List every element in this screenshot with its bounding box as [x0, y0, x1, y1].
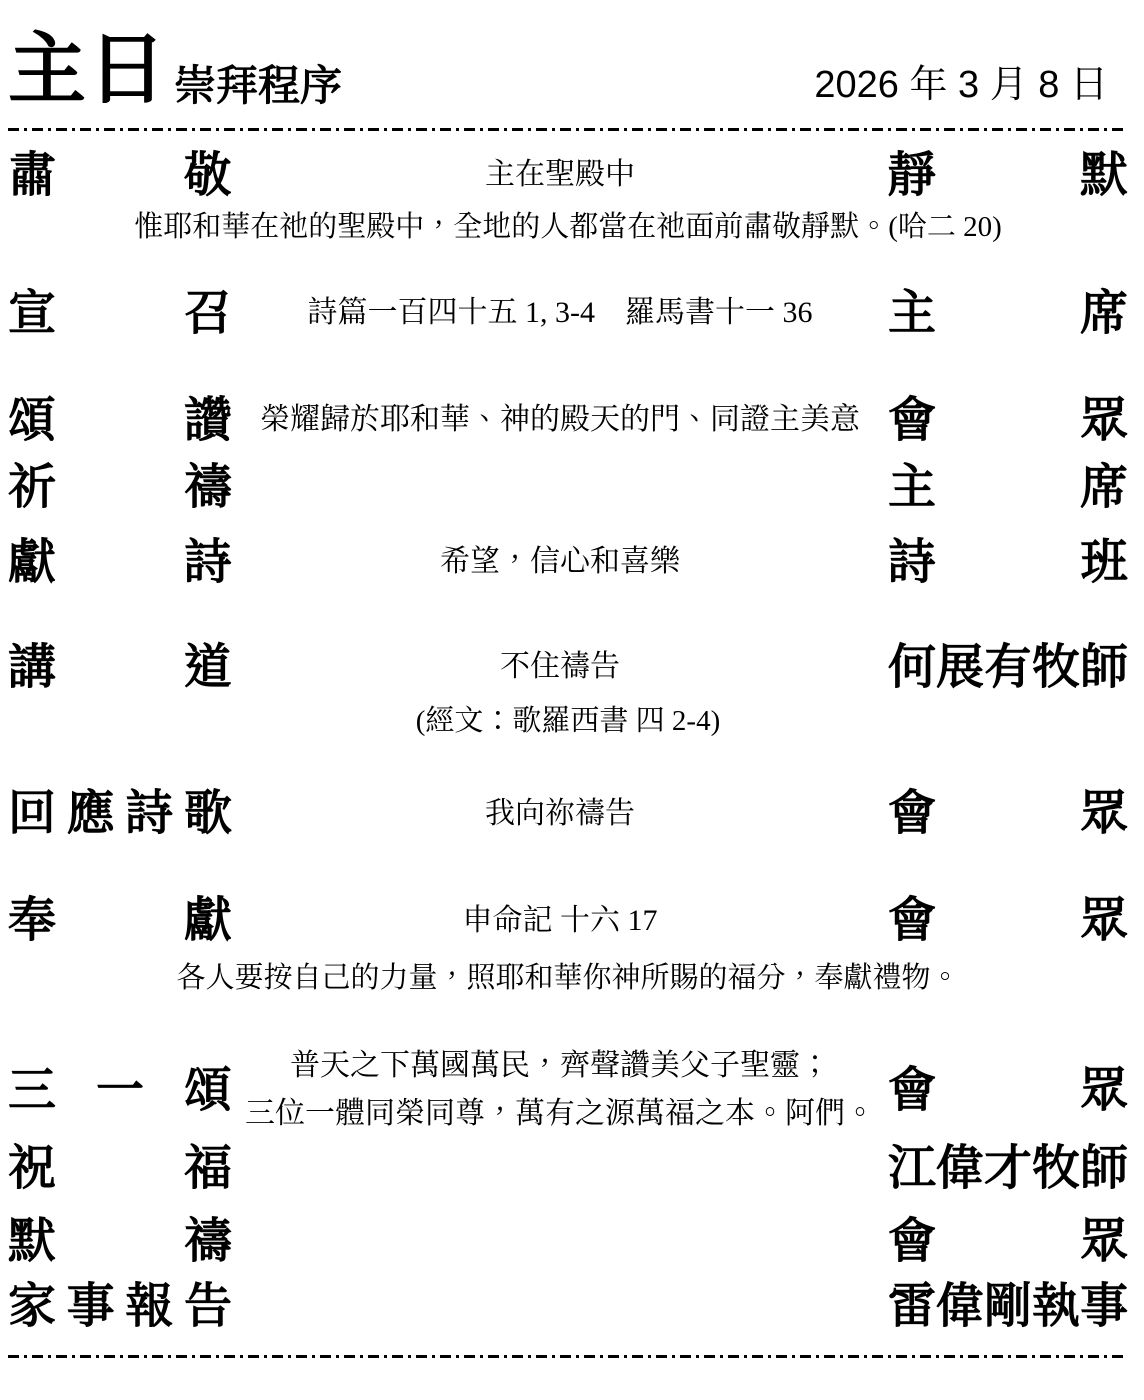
scripture-quote: 惟耶和華在祂的聖殿中，全地的人都當在祂面前肅敬靜默。(哈二 20) [8, 208, 1128, 247]
service-date: 2026 年 3 月 8 日 [814, 66, 1108, 106]
service-item-row: 宣召 詩篇一百四十五 1, 3-4 羅馬書十一 36 主席 [8, 287, 1128, 340]
item-leader: 江偉才牧師 [888, 1142, 1128, 1195]
item-leader: 何展有牧師 [888, 641, 1128, 694]
service-item-row: 祈禱 主席 [8, 461, 1128, 514]
item-title: 詩篇一百四十五 1, 3-4 羅馬書十一 36 [232, 293, 888, 334]
item-label: 家事報告 [8, 1280, 232, 1333]
item-label: 默禱 [8, 1215, 232, 1268]
service-item-row: 奉獻 申命記 十六 17 會眾 [8, 894, 1128, 947]
item-title: 申命記 十六 17 [232, 901, 888, 942]
service-item-row: 祝福 江偉才牧師 [8, 1142, 1128, 1195]
item-title: 希望，信心和喜樂 [232, 542, 888, 583]
item-leader: 雷偉剛執事 [888, 1280, 1128, 1333]
item-leader: 主席 [888, 287, 1128, 340]
scripture-quote: 各人要按自己的力量，照耶和華你神所賜的福分，奉獻禮物。 [8, 959, 1128, 998]
service-item-row: 頌讚 榮耀歸於耶和華、神的殿天的門、同證主美意 會眾 [8, 394, 1128, 447]
item-label: 祝福 [8, 1142, 232, 1195]
item-leader: 會眾 [888, 394, 1128, 447]
service-item-row: 家事報告 雷偉剛執事 [8, 1280, 1128, 1333]
service-item-row: 三一頌 普天之下萬國萬民，齊聲讚美父子聖靈； 三位一體同榮同尊，萬有之源萬福之本… [8, 1042, 1128, 1138]
item-leader: 會眾 [888, 894, 1128, 947]
item-title: 不住禱告 [232, 647, 888, 688]
service-item-row: 回應詩歌 我向祢禱告 會眾 [8, 787, 1128, 840]
item-leader: 會眾 [888, 1215, 1128, 1268]
item-leader: 會眾 [888, 1064, 1128, 1117]
doxology-line: 三位一體同榮同尊，萬有之源萬福之本。阿們。 [236, 1090, 884, 1138]
item-title: 我向祢禱告 [232, 794, 888, 835]
bottom-divider [8, 1355, 1128, 1358]
page-header: 主日 崇拜程序 2026 年 3 月 8 日 [8, 16, 1128, 108]
item-leader: 主席 [888, 461, 1128, 514]
item-leader: 靜默 [888, 149, 1128, 202]
page-title-sub: 崇拜程序 [174, 64, 342, 108]
page-title-main: 主日 [8, 30, 168, 108]
service-item-row: 獻詩 希望，信心和喜樂 詩班 [8, 536, 1128, 589]
item-label: 回應詩歌 [8, 787, 232, 840]
item-label: 肅敬 [8, 149, 232, 202]
item-label: 奉獻 [8, 894, 232, 947]
item-label: 頌讚 [8, 394, 232, 447]
item-label: 獻詩 [8, 536, 232, 589]
service-item-row: 講道 不住禱告 何展有牧師 [8, 641, 1128, 694]
item-leader: 會眾 [888, 787, 1128, 840]
top-divider [8, 128, 1128, 131]
item-title: 主在聖殿中 [232, 155, 888, 196]
item-label: 三一頌 [8, 1064, 232, 1117]
worship-order-page: 主日 崇拜程序 2026 年 3 月 8 日 肅敬 主在聖殿中 靜默 惟耶和華在… [0, 16, 1144, 1358]
item-leader: 詩班 [888, 536, 1128, 589]
scripture-reference: (經文：歌羅西書 四 2-4) [8, 702, 1128, 741]
item-title: 榮耀歸於耶和華、神的殿天的門、同證主美意 [232, 400, 888, 441]
item-label: 講道 [8, 641, 232, 694]
item-label: 祈禱 [8, 461, 232, 514]
doxology-line: 普天之下萬國萬民，齊聲讚美父子聖靈； [236, 1042, 884, 1090]
service-item-row: 肅敬 主在聖殿中 靜默 [8, 149, 1128, 202]
service-item-row: 默禱 會眾 [8, 1215, 1128, 1268]
item-title: 普天之下萬國萬民，齊聲讚美父子聖靈； 三位一體同榮同尊，萬有之源萬福之本。阿們。 [232, 1042, 888, 1138]
item-label: 宣召 [8, 287, 232, 340]
